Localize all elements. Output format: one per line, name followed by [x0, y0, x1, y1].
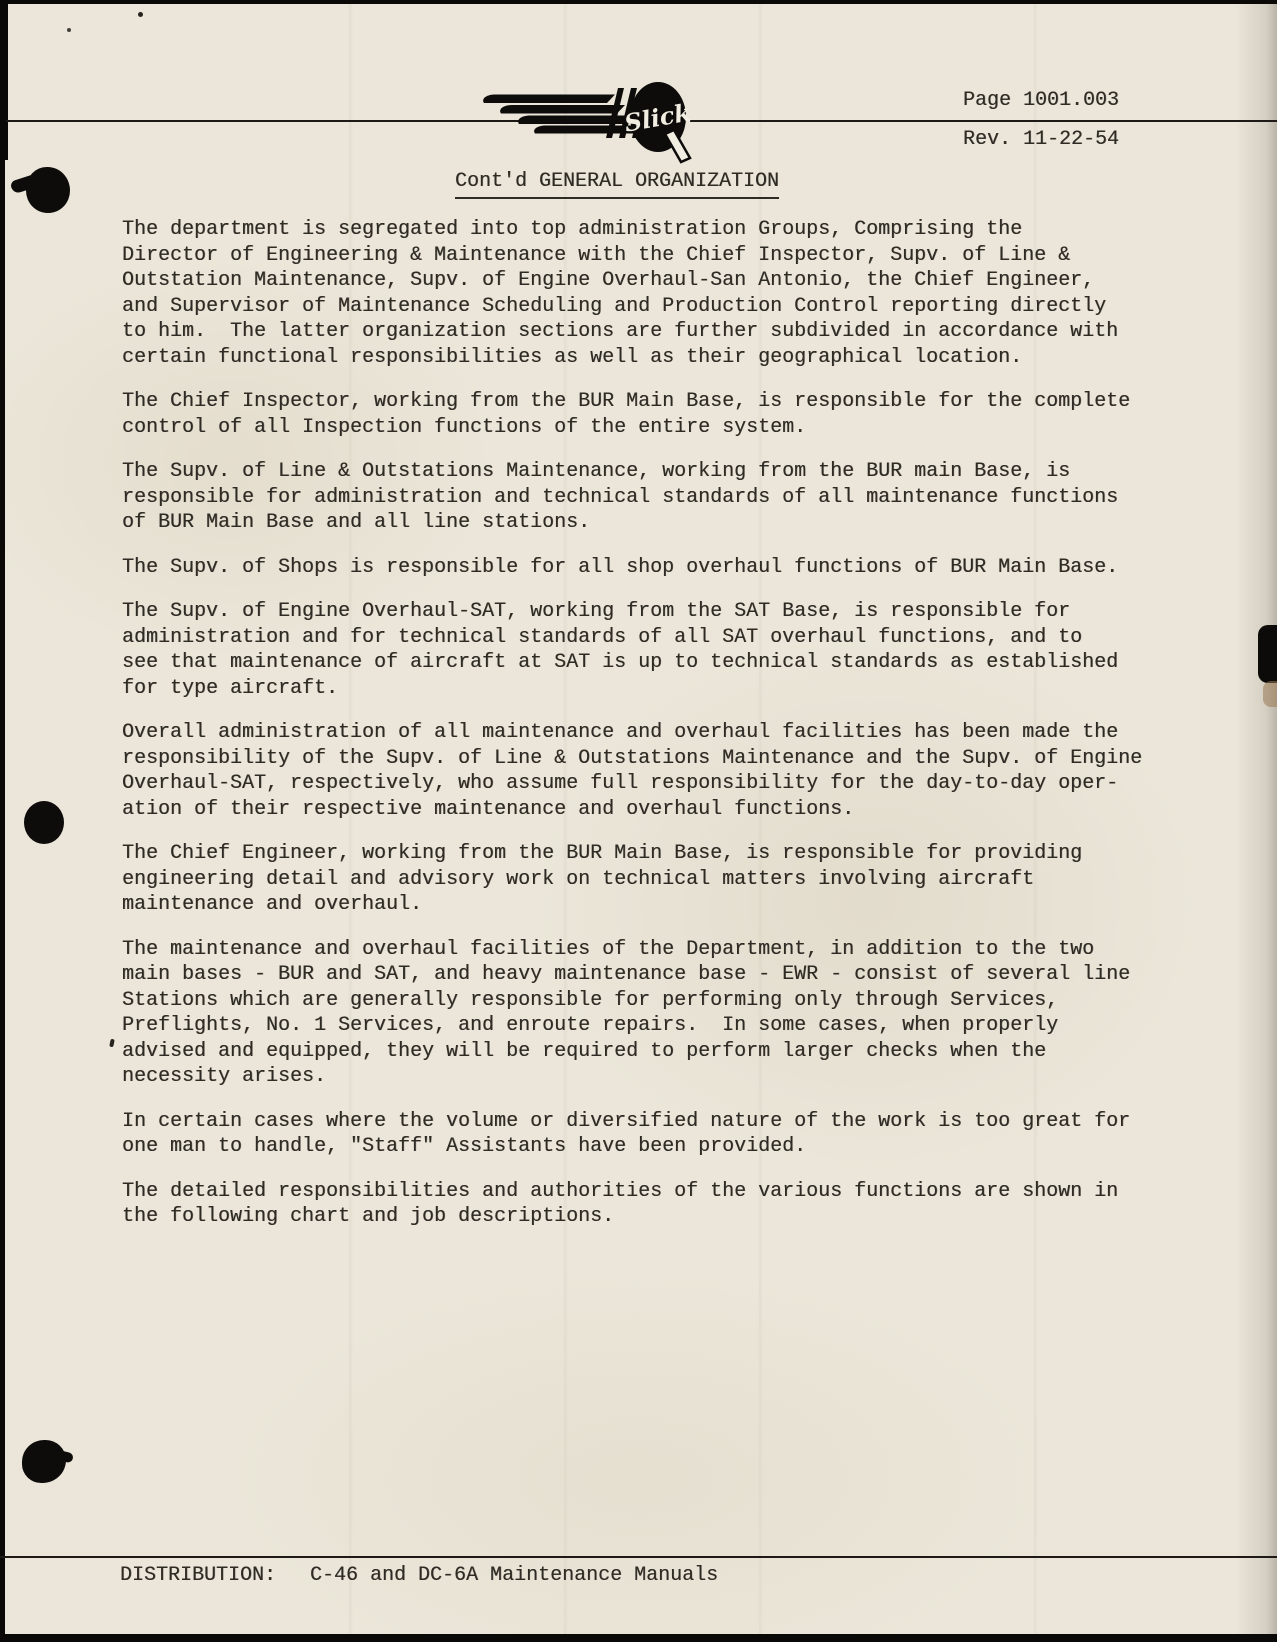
- paragraph-detailed-responsibilities: The detailed responsibilities and author…: [122, 1179, 1170, 1230]
- punch-hole-middle: [24, 801, 64, 844]
- scan-speck: [138, 12, 143, 17]
- footer-rule: [0, 1556, 1277, 1558]
- page-heading: Cont'd GENERAL ORGANIZATION: [455, 169, 779, 199]
- page-edge-notch: [1258, 625, 1277, 683]
- paragraph-chief-engineer: The Chief Engineer, working from the BUR…: [122, 841, 1170, 918]
- paragraph-department-overview: The department is segregated into top ad…: [122, 217, 1170, 370]
- page-edge-smudge: [1263, 681, 1277, 707]
- paragraph-supv-engine-overhaul: The Supv. of Engine Overhaul-SAT, workin…: [122, 599, 1170, 701]
- scan-speck: [109, 1039, 115, 1048]
- scan-edge-bottom: [0, 1634, 1277, 1642]
- winged-logo-icon: Slick: [448, 76, 698, 172]
- punch-hole-top: [26, 167, 70, 213]
- punch-hole-bottom: [22, 1440, 66, 1483]
- page-number-label: Page 1001.003: [963, 88, 1119, 114]
- document-body: The department is segregated into top ad…: [122, 217, 1170, 1249]
- scan-edge-top: [0, 0, 1277, 4]
- distribution-line: DISTRIBUTION: C-46 and DC-6A Maintenance…: [120, 1563, 718, 1589]
- distribution-value: C-46 and DC-6A Maintenance Manuals: [310, 1563, 718, 1589]
- scanned-page: Slick Page 1001.003 Rev. 11-22-54 Cont'd…: [0, 0, 1277, 1642]
- distribution-label: DISTRIBUTION:: [120, 1563, 276, 1589]
- scan-edge-left-corner: [0, 0, 8, 160]
- revision-date-label: Rev. 11-22-54: [963, 127, 1119, 153]
- header-rule-right: [690, 120, 1277, 122]
- paragraph-staff-assistants: In certain cases where the volume or div…: [122, 1109, 1170, 1160]
- paragraph-chief-inspector: The Chief Inspector, working from the BU…: [122, 389, 1170, 440]
- paragraph-supv-line-outstations: The Supv. of Line & Outstations Maintena…: [122, 459, 1170, 536]
- paragraph-facilities: The maintenance and overhaul facilities …: [122, 937, 1170, 1090]
- paragraph-overall-administration: Overall administration of all maintenanc…: [122, 720, 1170, 822]
- header-rule-left: [6, 120, 520, 122]
- scan-speck: [67, 28, 71, 32]
- slick-airways-logo: Slick: [448, 76, 698, 172]
- paragraph-supv-shops: The Supv. of Shops is responsible for al…: [122, 555, 1170, 581]
- scan-edge-left: [0, 0, 5, 1642]
